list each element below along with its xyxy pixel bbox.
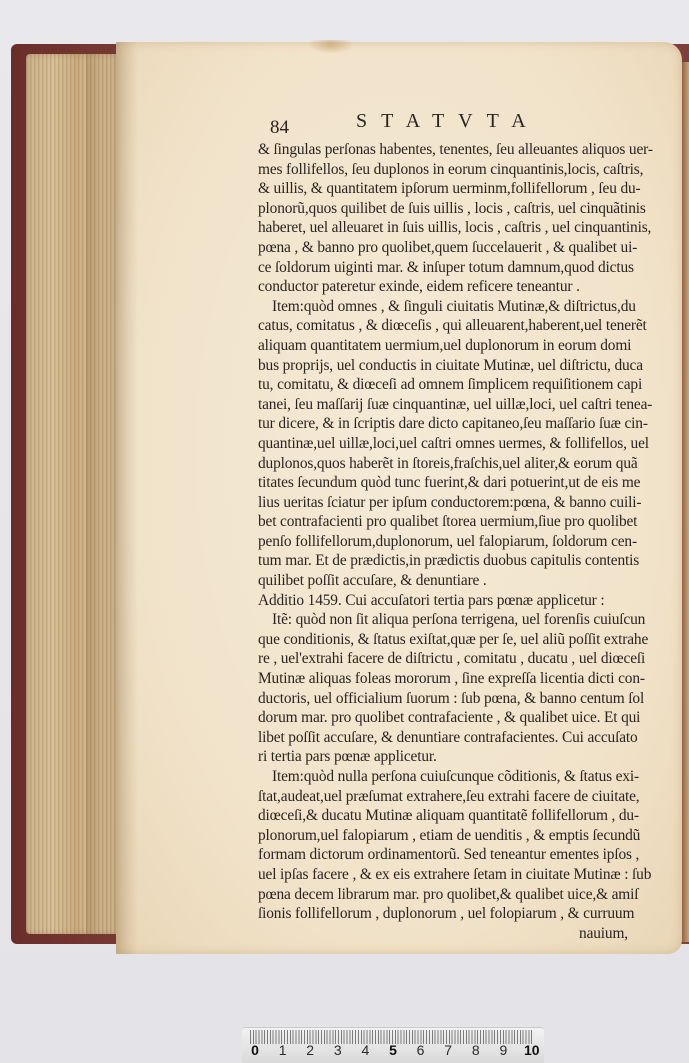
text-line: ductoris, uel officialium ſuorum : ſub p… [258,689,668,709]
text-line: Additio 1459. Cui accuſatori tertia pars… [258,591,668,611]
ruler-label: 2 [303,1042,317,1062]
ruler-label: 9 [496,1042,510,1062]
ruler-label: 7 [441,1042,455,1062]
ruler-label: 6 [414,1042,428,1062]
text-line: pœna , & banno pro quolibet,quem ſuccela… [258,238,668,258]
text-line: ſtat,audeat,uel præſumat extrahere,ſeu e… [258,787,668,807]
text-line: duplonos,quos haberẽt in ſtoreis,fraſchi… [258,454,668,474]
ruler-labels: 012345678910 [242,1042,544,1062]
text-line: diœceſi,& ducatu Mutinæ aliquam quantita… [258,806,668,826]
text-line: plonorum,uel falopiarum , etiam de uendi… [258,826,668,846]
text-line: ri tertia pars pœnæ applicetur. [258,747,668,767]
text-line: pœna decem librarum mar. pro quolibet,& … [258,885,668,905]
text-line: & ſingulas perſonas habentes, tenentes, … [258,140,668,160]
text-line: quilibet poſſit accuſare, & denuntiare . [258,571,668,591]
text-line: aliquam quantitatem uermium,uel duplonor… [258,336,668,356]
ruler-label: 8 [469,1042,483,1062]
text-line: ce ſoldorum uiginti mar. & inſuper totum… [258,258,668,278]
text-line: Item:quòd omnes , & ſinguli ciuitatis Mu… [258,297,668,317]
text-line: ſionis follifellorum , duplonorum , uel … [258,904,668,924]
text-line: & uillis, & quantitatem ipſorum uerminm,… [258,179,668,199]
text-line: mes follifellos, ſeu duplonos in eorum c… [258,160,668,180]
text-line: Item:quòd nulla perſona cuiuſcunque cõdi… [258,767,668,787]
text-line: libet poſſit accuſare, & denuntiare cont… [258,728,668,748]
text-line: haberet, uel alleuaret in ſuis uillis, l… [258,218,668,238]
scale-ruler: 012345678910 [242,1027,544,1063]
body-text: & ſingulas perſonas habentes, tenentes, … [258,140,668,924]
stacked-page-edges [26,54,118,934]
text-line: uel ipſas facere , & ex eis extrahere ſe… [258,865,668,885]
water-stain [308,40,354,54]
ruler-label: 4 [358,1042,372,1062]
ruler-label: 10 [524,1042,538,1062]
text-line: re , uel'extrahi facere de diſtrictu , c… [258,649,668,669]
text-line: penſo follifellorum,duplonorum, uel falo… [258,532,668,552]
ruler-label: 5 [386,1042,400,1062]
text-line: dorum mar. pro quolibet contrafaciente ,… [258,708,668,728]
catchword: nauium, [258,924,668,944]
ruler-label: 3 [331,1042,345,1062]
text-line: titates ſecundum quòd tunc fuerint,& dar… [258,473,668,493]
text-line: quantinæ,uel uillæ,loci,uel caſtri omnes… [258,434,668,454]
text-line: formam dictorum ordinamentorũ. Sed tenea… [258,845,668,865]
facing-page-edge [681,62,689,942]
text-line: catus, comitatus , & diœceſis , qui alle… [258,316,668,336]
running-head: 84 STATVTA [258,112,668,138]
text-line: lius ueritas ſciatur per ipſum conductor… [258,493,668,513]
running-title: STATVTA [356,112,540,132]
text-line: que conditionis, & ſtatus exiſtat,quæ pe… [258,630,668,650]
text-line: Itẽ: quòd non ſit aliqua perſona terrige… [258,610,668,630]
page-text-block: 84 STATVTA & ſingulas perſonas habentes,… [258,112,668,943]
text-line: bet contrafacienti pro qualibet ſtorea u… [258,512,668,532]
text-line: conductor pateretur exinde, eidem refice… [258,277,668,297]
text-line: plonorũ,quos quilibet de ſuis uillis , l… [258,199,668,219]
ruler-label: 1 [276,1042,290,1062]
text-line: tum mar. Et de prædictis,in prædictis du… [258,551,668,571]
text-line: bus proprijs, uel conductis in ciuitate … [258,356,668,376]
text-line: tanei, ſeu maſſarij ſuæ cinquantinæ, uel… [258,395,668,415]
text-line: tu, comitatu, & diœceſi ad omnem ſimplic… [258,375,668,395]
text-line: tur dicere, & in ſcriptis dare dicto cap… [258,414,668,434]
ruler-label: 0 [248,1042,262,1062]
page-number: 84 [270,118,289,138]
text-line: Mutinæ aliquas foleas mororum , ſine exp… [258,669,668,689]
